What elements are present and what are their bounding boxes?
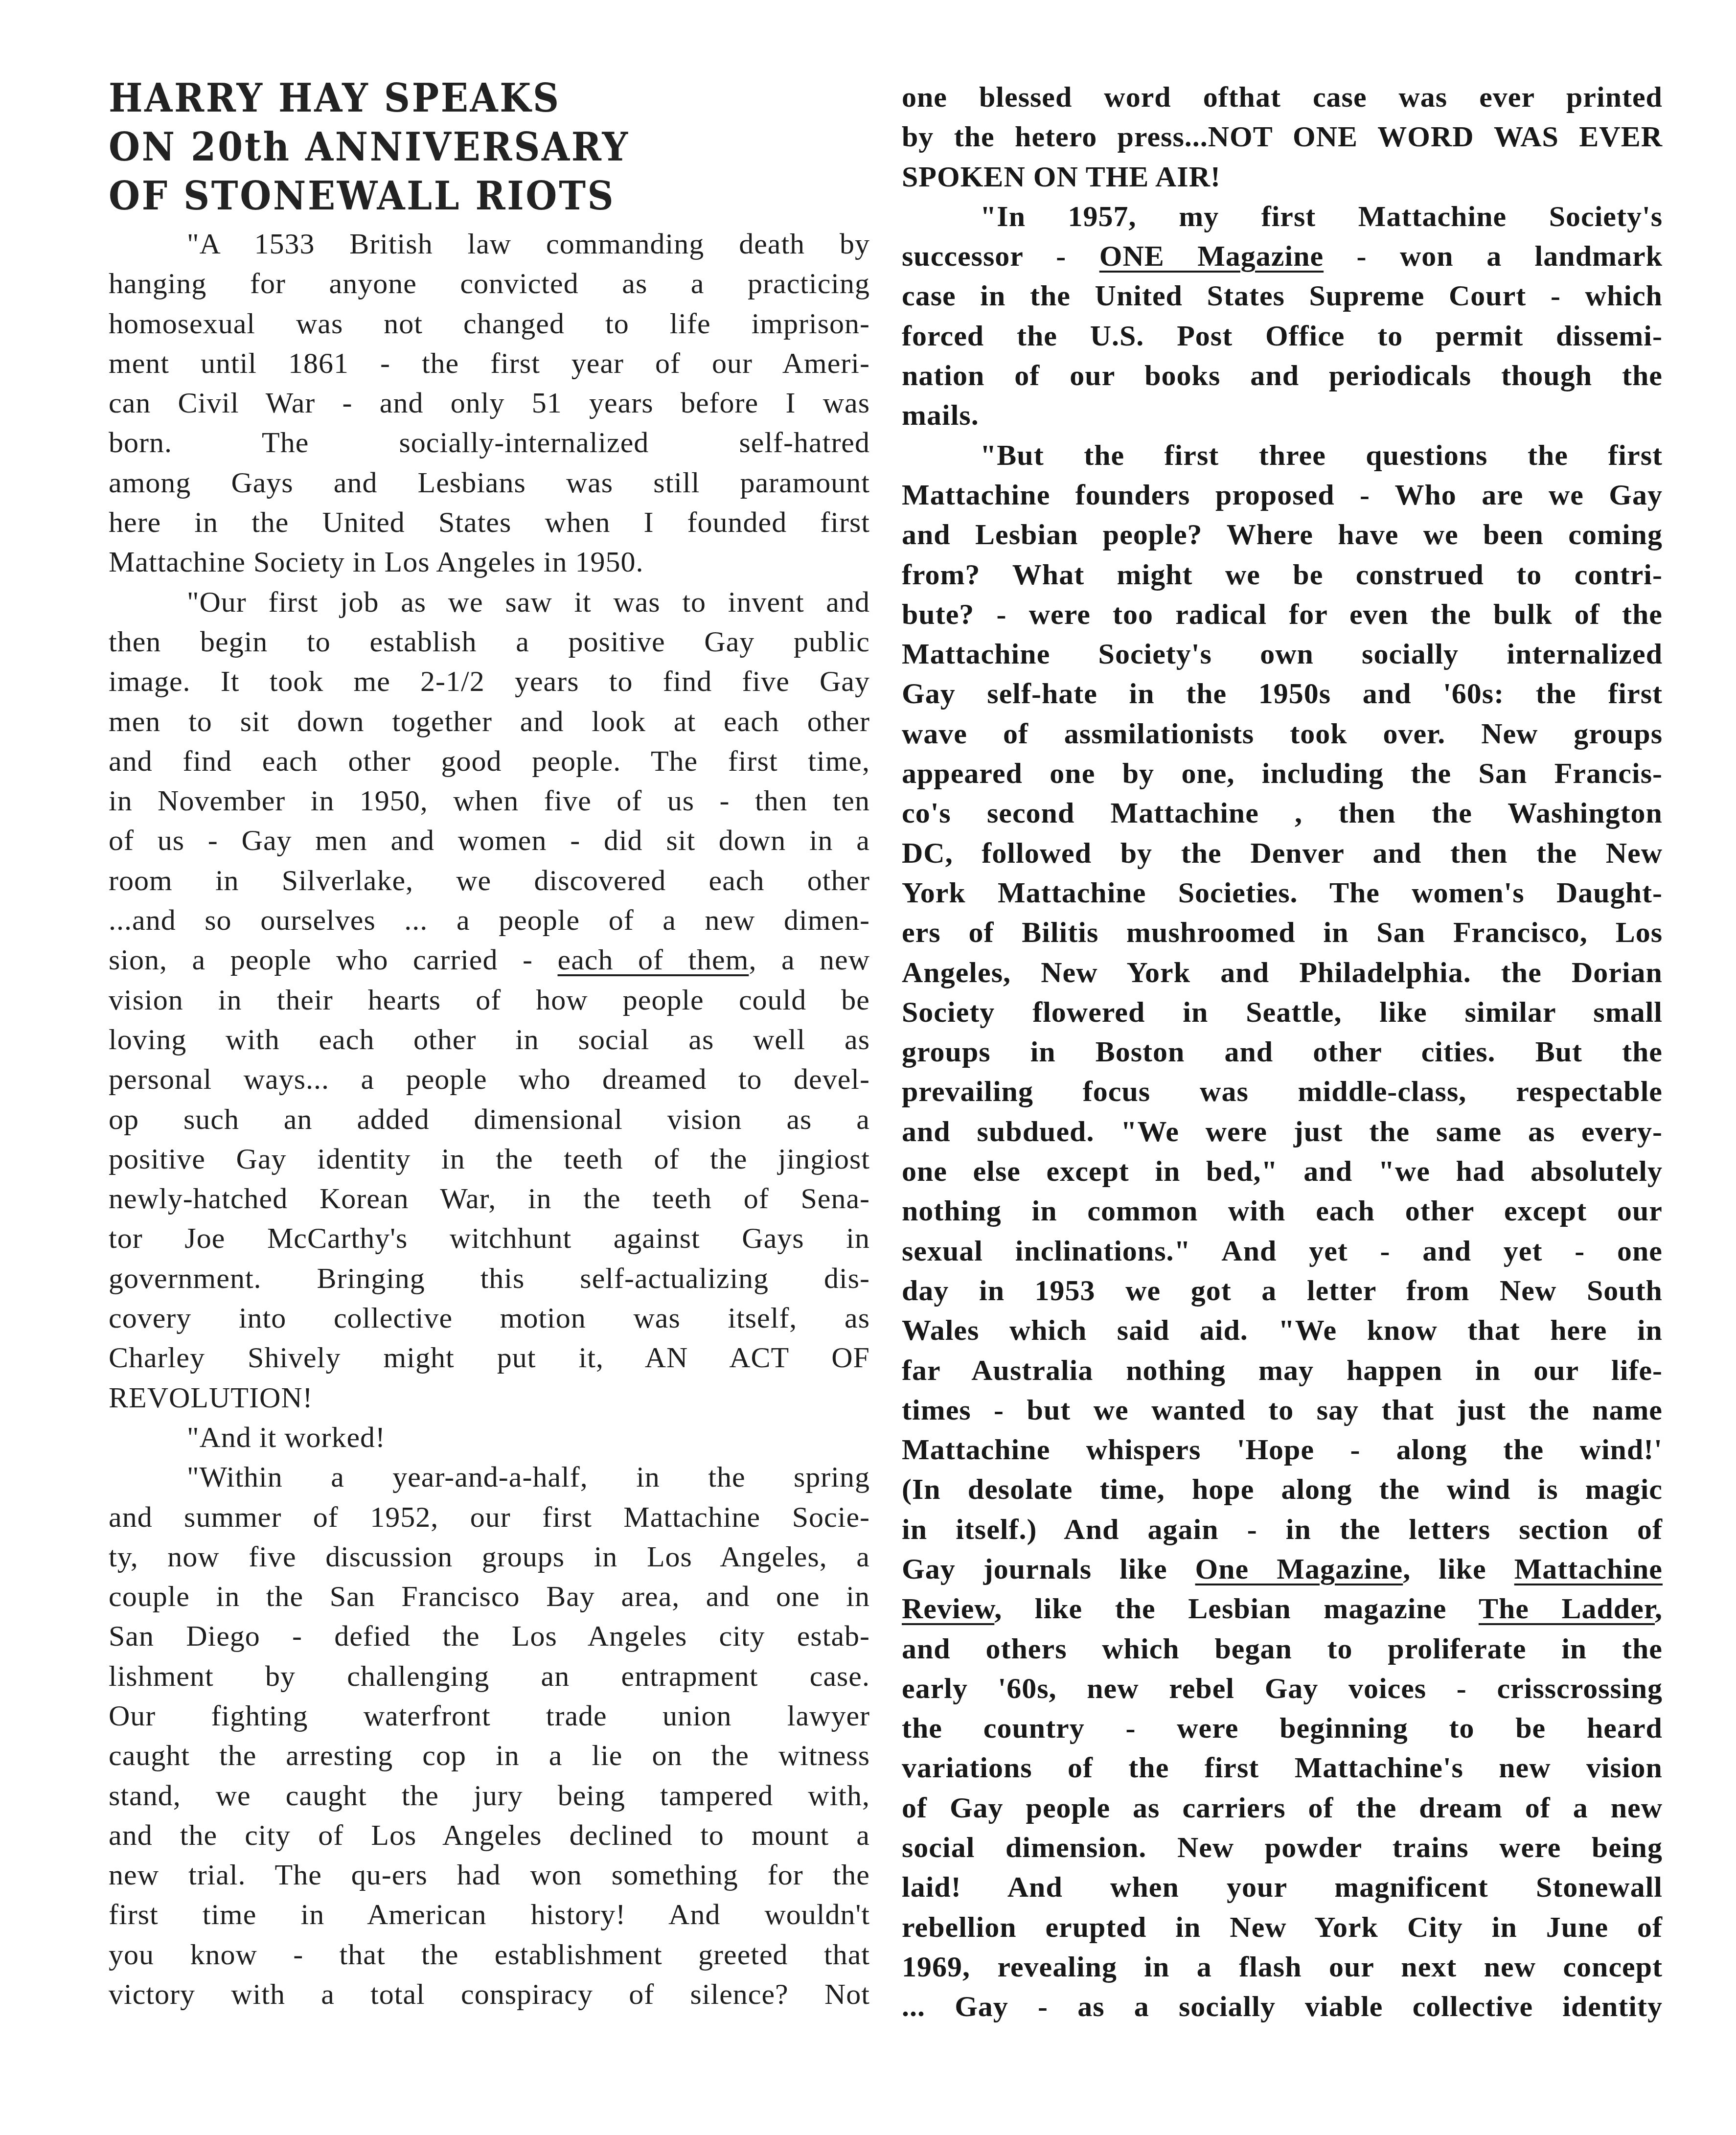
text-line: and subdued. "We were just the same as e…: [902, 1112, 1663, 1151]
text-run: "In 1957, my first Mattachine Society's: [980, 200, 1663, 232]
text-run: York Mattachine Societies. The women's D…: [902, 876, 1663, 909]
text-run: and summer of 1952, our first Mattachine…: [109, 1501, 870, 1533]
text-run: rebellion erupted in New York City in Ju…: [902, 1911, 1663, 1943]
text-run: sion, a people who carried -: [109, 943, 558, 976]
text-line: government. Bringing this self-actualizi…: [109, 1259, 870, 1298]
text-run: among Gays and Lesbians was still paramo…: [109, 466, 870, 499]
text-line: ment until 1861 - the first year of our …: [109, 344, 870, 383]
text-line: of us - Gay men and women - did sit down…: [109, 821, 870, 860]
text-line: stand, we caught the jury being tampered…: [109, 1776, 870, 1815]
text-run: one else except in bed," and "we had abs…: [902, 1155, 1663, 1187]
text-run: in November in 1950, when five of us - t…: [109, 784, 870, 817]
underlined-title: Mattachine: [1514, 1553, 1663, 1585]
text-line: men to sit down together and look at eac…: [109, 702, 870, 741]
text-run: image. It took me 2-1/2 years to find fi…: [109, 665, 870, 697]
text-run: homosexual was not changed to life impri…: [109, 307, 870, 340]
headline-line: HARRY HAY SPEAKS: [109, 73, 809, 122]
text-line: and Lesbian people? Where have we been c…: [902, 515, 1663, 554]
text-line: personal ways... a people who dreamed to…: [109, 1059, 870, 1099]
text-run: covery into collective motion was itself…: [109, 1302, 870, 1334]
text-line: image. It took me 2-1/2 years to find fi…: [109, 662, 870, 701]
text-line: then begin to establish a positive Gay p…: [109, 622, 870, 662]
text-line: lishment by challenging an entrapment ca…: [109, 1656, 870, 1696]
text-line: from? What might we be construed to cont…: [902, 555, 1663, 595]
text-run: , like the Lesbian magazine: [994, 1592, 1479, 1625]
text-line: Gay journals like One Magazine, like Mat…: [902, 1549, 1663, 1589]
text-line: op such an added dimensional vision as a: [109, 1100, 870, 1139]
text-run: stand, we caught the jury being tampered…: [109, 1779, 870, 1812]
text-line: among Gays and Lesbians was still paramo…: [109, 463, 870, 503]
text-run: Mattachine founders proposed - Who are w…: [902, 479, 1663, 511]
text-line: new trial. The qu-ers had won something …: [109, 1855, 870, 1895]
text-run: in itself.) And again - in the letters s…: [902, 1513, 1663, 1545]
text-run: loving with each other in social as well…: [109, 1023, 870, 1056]
text-run: one blessed word ofthat case was ever pr…: [902, 81, 1663, 113]
text-line: appeared one by one, including the San F…: [902, 754, 1663, 793]
text-run: successor -: [902, 240, 1099, 272]
text-line: Gay self-hate in the 1950s and '60s: the…: [902, 674, 1663, 713]
text-run: tor Joe McCarthy's witchhunt against Gay…: [109, 1222, 870, 1254]
text-line: co's second Mattachine , then the Washin…: [902, 793, 1663, 833]
text-run: ty, now five discussion groups in Los An…: [109, 1540, 870, 1573]
text-line: and others which began to proliferate in…: [902, 1629, 1663, 1669]
text-run: (In desolate time, hope along the wind i…: [902, 1473, 1663, 1505]
text-run: men to sit down together and look at eac…: [109, 705, 870, 737]
text-line: forced the U.S. Post Office to permit di…: [902, 316, 1663, 356]
text-run: DC, followed by the Denver and then the …: [902, 837, 1663, 869]
text-run: ers of Bilitis mushroomed in San Francis…: [902, 916, 1663, 948]
text-line: far Australia nothing may happen in our …: [902, 1351, 1663, 1390]
text-run: ... Gay - as a socially viable collectiv…: [902, 1990, 1663, 2022]
left-column-body: "A 1533 British law commanding death byh…: [109, 224, 870, 2014]
text-run: vision in their hearts of how people cou…: [109, 984, 870, 1016]
text-line: born. The socially-internalized self-hat…: [109, 423, 870, 462]
underlined-title: ONE Magazine: [1099, 240, 1324, 272]
text-run: Gay self-hate in the 1950s and '60s: the…: [902, 677, 1663, 710]
text-run: caught the arresting cop in a lie on the…: [109, 1739, 870, 1771]
text-run: wave of assmilationists took over. New g…: [902, 717, 1663, 750]
text-run: here in the United States when I founded…: [109, 506, 870, 538]
text-run: then begin to establish a positive Gay p…: [109, 625, 870, 658]
text-run: early '60s, new rebel Gay voices - criss…: [902, 1672, 1663, 1704]
underlined-title: The Ladder: [1479, 1592, 1655, 1625]
text-run: variations of the first Mattachine's new…: [902, 1751, 1663, 1784]
text-line: in November in 1950, when five of us - t…: [109, 781, 870, 821]
text-run: day in 1953 we got a letter from New Sou…: [902, 1274, 1663, 1307]
text-run: SPOKEN ON THE AIR!: [902, 161, 1221, 193]
underlined-title: Review: [902, 1592, 994, 1625]
text-run: laid! And when your magnificent Stonewal…: [902, 1871, 1663, 1903]
text-run: mails.: [902, 399, 979, 431]
text-line: covery into collective motion was itself…: [109, 1298, 870, 1338]
text-run: Our fighting waterfront trade union lawy…: [109, 1699, 870, 1732]
text-run: "A 1533 British law commanding death by: [187, 228, 870, 260]
text-run: lishment by challenging an entrapment ca…: [109, 1660, 870, 1692]
text-line: ers of Bilitis mushroomed in San Francis…: [902, 913, 1663, 952]
text-line: positive Gay identity in the teeth of th…: [109, 1139, 870, 1179]
text-run: groups in Boston and other cities. But t…: [902, 1035, 1663, 1068]
headline: HARRY HAY SPEAKS ON 20th ANNIVERSARY OF …: [109, 73, 809, 220]
text-line: victory with a total conspiracy of silen…: [109, 1974, 870, 2014]
text-line: ty, now five discussion groups in Los An…: [109, 1537, 870, 1577]
text-line: groups in Boston and other cities. But t…: [902, 1032, 1663, 1072]
text-line: loving with each other in social as well…: [109, 1020, 870, 1059]
text-line: tor Joe McCarthy's witchhunt against Gay…: [109, 1218, 870, 1258]
text-line: nation of our books and periodicals thou…: [902, 356, 1663, 395]
text-run: co's second Mattachine , then the Washin…: [902, 797, 1663, 829]
text-run: Mattachine whispers 'Hope - along the wi…: [902, 1433, 1663, 1466]
text-line: in itself.) And again - in the letters s…: [902, 1510, 1663, 1549]
text-line: vision in their hearts of how people cou…: [109, 980, 870, 1020]
text-line: ... Gay - as a socially viable collectiv…: [902, 1987, 1663, 2026]
text-line: San Diego - defied the Los Angeles city …: [109, 1616, 870, 1656]
text-run: victory with a total conspiracy of silen…: [109, 1978, 870, 2010]
text-line: prevailing focus was middle-class, respe…: [902, 1072, 1663, 1111]
text-line: Society flowered in Seattle, like simila…: [902, 992, 1663, 1032]
text-line: mails.: [902, 395, 1663, 435]
text-line: REVOLUTION!: [109, 1378, 870, 1418]
text-run: , like: [1403, 1553, 1514, 1585]
text-run: 1969, revealing in a flash our next new …: [902, 1951, 1663, 1983]
text-line: nothing in common with each other except…: [902, 1191, 1663, 1231]
text-run: forced the U.S. Post Office to permit di…: [902, 320, 1663, 352]
text-run: , a new: [749, 943, 870, 976]
text-line: DC, followed by the Denver and then the …: [902, 833, 1663, 873]
text-line: bute? - were too radical for even the bu…: [902, 595, 1663, 634]
text-run: Wales which said aid. "We know that here…: [902, 1314, 1663, 1346]
text-run: born. The socially-internalized self-hat…: [109, 426, 870, 459]
underlined-title: One Magazine: [1195, 1553, 1403, 1585]
text-run: newly-hatched Korean War, in the teeth o…: [109, 1182, 870, 1215]
text-line: caught the arresting cop in a lie on the…: [109, 1736, 870, 1775]
text-run: op such an added dimensional vision as a: [109, 1103, 870, 1135]
text-line: "But the first three questions the first: [902, 436, 1663, 475]
text-run: REVOLUTION!: [109, 1381, 313, 1414]
text-line: room in Silverlake, we discovered each o…: [109, 861, 870, 900]
text-run: prevailing focus was middle-class, respe…: [902, 1075, 1663, 1107]
text-line: 1969, revealing in a flash our next new …: [902, 1947, 1663, 1987]
text-run: you know - that the establishment greete…: [109, 1938, 870, 1971]
text-run: "Our first job as we saw it was to inven…: [187, 586, 870, 618]
text-run: Gay journals like: [902, 1553, 1195, 1585]
text-line: hanging for anyone convicted as a practi…: [109, 264, 870, 303]
text-run: appeared one by one, including the San F…: [902, 757, 1663, 789]
text-run: couple in the San Francisco Bay area, an…: [109, 1580, 870, 1612]
text-run: by the hetero press...NOT ONE WORD WAS E…: [902, 120, 1663, 153]
text-line: Mattachine whispers 'Hope - along the wi…: [902, 1430, 1663, 1469]
text-line: day in 1953 we got a letter from New Sou…: [902, 1271, 1663, 1310]
text-run: the country - were beginning to be heard: [902, 1712, 1663, 1744]
text-line: of Gay people as carriers of the dream o…: [902, 1788, 1663, 1828]
text-line: first time in American history! And woul…: [109, 1895, 870, 1934]
text-run: sexual inclinations." And yet - and yet …: [902, 1235, 1663, 1267]
text-line: Mattachine Society's own socially intern…: [902, 634, 1663, 674]
text-run: times - but we wanted to say that just t…: [902, 1394, 1663, 1426]
text-run: "And it worked!: [187, 1421, 386, 1453]
text-line: Review, like the Lesbian magazine The La…: [902, 1589, 1663, 1629]
text-line: Angeles, New York and Philadelphia. the …: [902, 953, 1663, 992]
text-run: bute? - were too radical for even the bu…: [902, 598, 1663, 630]
text-run: Mattachine Society's own socially intern…: [902, 638, 1663, 670]
text-line: wave of assmilationists took over. New g…: [902, 714, 1663, 754]
text-line: the country - were beginning to be heard: [902, 1708, 1663, 1748]
text-run: first time in American history! And woul…: [109, 1898, 870, 1930]
text-line: successor - ONE Magazine - won a landmar…: [902, 236, 1663, 276]
text-line: ...and so ourselves ... a people of a ne…: [109, 900, 870, 940]
text-line: one else except in bed," and "we had abs…: [902, 1151, 1663, 1191]
text-run: "But the first three questions the first: [980, 439, 1663, 471]
text-run: case in the United States Supreme Court …: [902, 279, 1663, 312]
text-run: of us - Gay men and women - did sit down…: [109, 824, 870, 856]
text-run: and subdued. "We were just the same as e…: [902, 1115, 1663, 1148]
text-line: "And it worked!: [109, 1418, 870, 1457]
text-run: and others which began to proliferate in…: [902, 1632, 1663, 1665]
text-line: social dimension. New powder trains were…: [902, 1828, 1663, 1867]
text-line: times - but we wanted to say that just t…: [902, 1390, 1663, 1430]
text-line: one blessed word ofthat case was ever pr…: [902, 77, 1663, 117]
right-column-body: one blessed word ofthat case was ever pr…: [902, 77, 1663, 2027]
left-column: HARRY HAY SPEAKS ON 20th ANNIVERSARY OF …: [109, 73, 870, 2014]
text-line: couple in the San Francisco Bay area, an…: [109, 1577, 870, 1616]
text-run: - won a landmark: [1324, 240, 1663, 272]
text-line: here in the United States when I founded…: [109, 503, 870, 542]
text-line: Mattachine founders proposed - Who are w…: [902, 475, 1663, 515]
text-run: ment until 1861 - the first year of our …: [109, 347, 870, 379]
text-run: personal ways... a people who dreamed to…: [109, 1063, 870, 1095]
text-run: room in Silverlake, we discovered each o…: [109, 864, 870, 896]
text-line: and the city of Los Angeles declined to …: [109, 1815, 870, 1855]
text-line: you know - that the establishment greete…: [109, 1935, 870, 1974]
text-line: and summer of 1952, our first Mattachine…: [109, 1497, 870, 1537]
text-run: positive Gay identity in the teeth of th…: [109, 1143, 870, 1175]
text-run: nothing in common with each other except…: [902, 1194, 1663, 1227]
text-line: Our fighting waterfront trade union lawy…: [109, 1696, 870, 1736]
text-line: "Within a year-and-a-half, in the spring: [109, 1457, 870, 1497]
text-line: sion, a people who carried - each of the…: [109, 940, 870, 980]
headline-line: ON 20th ANNIVERSARY: [109, 122, 809, 171]
text-line: homosexual was not changed to life impri…: [109, 304, 870, 344]
text-line: Charley Shively might put it, AN ACT OF: [109, 1338, 870, 1377]
right-column: one blessed word ofthat case was ever pr…: [902, 77, 1663, 2027]
text-run: ,: [1655, 1592, 1663, 1625]
text-run: government. Bringing this self-actualizi…: [109, 1262, 870, 1294]
text-run: ...and so ourselves ... a people of a ne…: [109, 904, 870, 936]
text-run: Charley Shively might put it, AN ACT OF: [109, 1341, 870, 1374]
text-run: and find each other good people. The fir…: [109, 745, 870, 777]
text-line: "In 1957, my first Mattachine Society's: [902, 197, 1663, 236]
text-line: sexual inclinations." And yet - and yet …: [902, 1231, 1663, 1271]
headline-line: OF STONEWALL RIOTS: [109, 171, 809, 220]
text-line: York Mattachine Societies. The women's D…: [902, 873, 1663, 913]
text-run: nation of our books and periodicals thou…: [902, 359, 1663, 391]
text-line: Wales which said aid. "We know that here…: [902, 1310, 1663, 1350]
text-line: can Civil War - and only 51 years before…: [109, 383, 870, 423]
text-run: can Civil War - and only 51 years before…: [109, 387, 870, 419]
text-run: social dimension. New powder trains were…: [902, 1831, 1663, 1863]
underlined-title: each of them: [558, 943, 749, 976]
text-line: "Our first job as we saw it was to inven…: [109, 582, 870, 622]
text-line: Mattachine Society in Los Angeles in 195…: [109, 542, 870, 582]
text-line: newly-hatched Korean War, in the teeth o…: [109, 1179, 870, 1218]
text-run: from? What might we be construed to cont…: [902, 558, 1663, 591]
text-run: of Gay people as carriers of the dream o…: [902, 1791, 1663, 1824]
text-run: new trial. The qu-ers had won something …: [109, 1859, 870, 1891]
text-run: Mattachine Society in Los Angeles in 195…: [109, 546, 644, 578]
text-run: and Lesbian people? Where have we been c…: [902, 518, 1663, 551]
text-line: rebellion erupted in New York City in Ju…: [902, 1907, 1663, 1947]
text-line: (In desolate time, hope along the wind i…: [902, 1469, 1663, 1509]
text-run: Society flowered in Seattle, like simila…: [902, 996, 1663, 1028]
text-line: case in the United States Supreme Court …: [902, 276, 1663, 316]
text-line: early '60s, new rebel Gay voices - criss…: [902, 1669, 1663, 1708]
text-line: laid! And when your magnificent Stonewal…: [902, 1867, 1663, 1907]
text-run: Angeles, New York and Philadelphia. the …: [902, 956, 1663, 988]
text-line: by the hetero press...NOT ONE WORD WAS E…: [902, 117, 1663, 157]
text-line: variations of the first Mattachine's new…: [902, 1748, 1663, 1788]
text-run: hanging for anyone convicted as a practi…: [109, 267, 870, 299]
text-run: San Diego - defied the Los Angeles city …: [109, 1620, 870, 1652]
text-line: SPOKEN ON THE AIR!: [902, 157, 1663, 197]
text-run: "Within a year-and-a-half, in the spring: [187, 1461, 870, 1493]
text-run: far Australia nothing may happen in our …: [902, 1354, 1663, 1386]
text-run: and the city of Los Angeles declined to …: [109, 1819, 870, 1851]
text-line: "A 1533 British law commanding death by: [109, 224, 870, 264]
text-line: and find each other good people. The fir…: [109, 741, 870, 781]
